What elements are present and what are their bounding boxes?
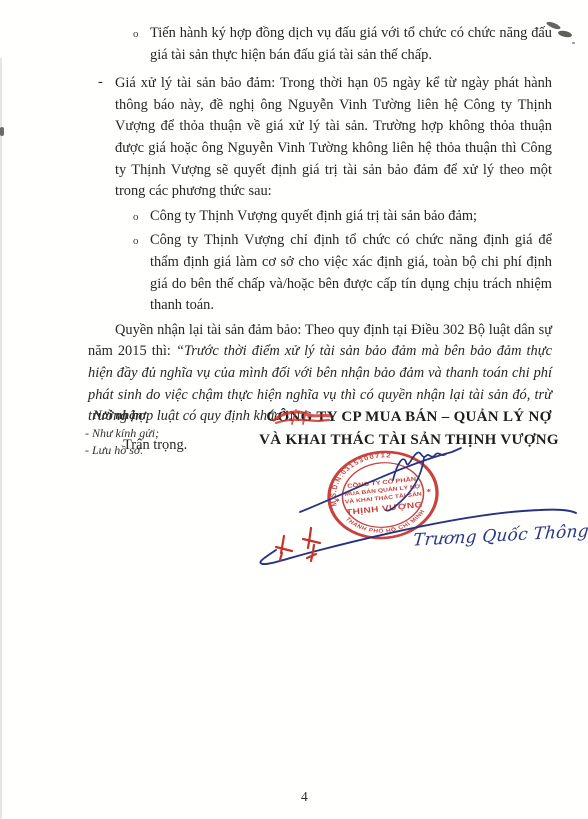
list-item-text: Giá xử lý tài sản bảo đảm: Trong thời hạ… bbox=[115, 75, 552, 199]
circle-bullet: o bbox=[133, 231, 139, 253]
scan-speck bbox=[0, 127, 4, 136]
list-item-text: Công ty Thịnh Vượng quyết định giá trị t… bbox=[150, 208, 477, 224]
circle-bullet: o bbox=[133, 24, 139, 46]
circle-bullet: o bbox=[133, 207, 139, 229]
ink-smudge bbox=[558, 30, 573, 39]
recipient-item: - Như kính gửi; bbox=[85, 426, 159, 442]
list-item-valuation-org: o Công ty Thịnh Vượng chỉ định tổ chức c… bbox=[88, 230, 552, 316]
recipients-block: Nơi nhận: - Như kính gửi; - Lưu hồ sơ. bbox=[85, 408, 159, 458]
recipients-heading: Nơi nhận: bbox=[93, 408, 159, 424]
list-item-auction-contract: o Tiến hành ký hợp đồng dịch vụ đấu giá … bbox=[88, 23, 552, 66]
list-item-company-decides: o Công ty Thịnh Vượng quyết định giá trị… bbox=[88, 206, 552, 228]
scan-edge-line bbox=[0, 58, 2, 819]
red-stamp-scribble bbox=[274, 410, 330, 424]
list-item-text: Công ty Thịnh Vượng chỉ định tổ chức có … bbox=[150, 232, 552, 313]
page-number: 4 bbox=[301, 789, 308, 805]
list-item-asset-price: - Giá xử lý tài sản bảo đảm: Trong thời … bbox=[88, 73, 552, 203]
ink-smudge bbox=[572, 42, 575, 44]
document-body: o Tiến hành ký hợp đồng dịch vụ đấu giá … bbox=[88, 23, 552, 456]
dash-bullet: - bbox=[98, 72, 103, 94]
recipient-item: - Lưu hồ sơ. bbox=[85, 443, 159, 459]
list-item-text: Tiến hành ký hợp đồng dịch vụ đấu giá vớ… bbox=[150, 25, 552, 63]
document-page: o Tiến hành ký hợp đồng dịch vụ đấu giá … bbox=[0, 0, 588, 819]
